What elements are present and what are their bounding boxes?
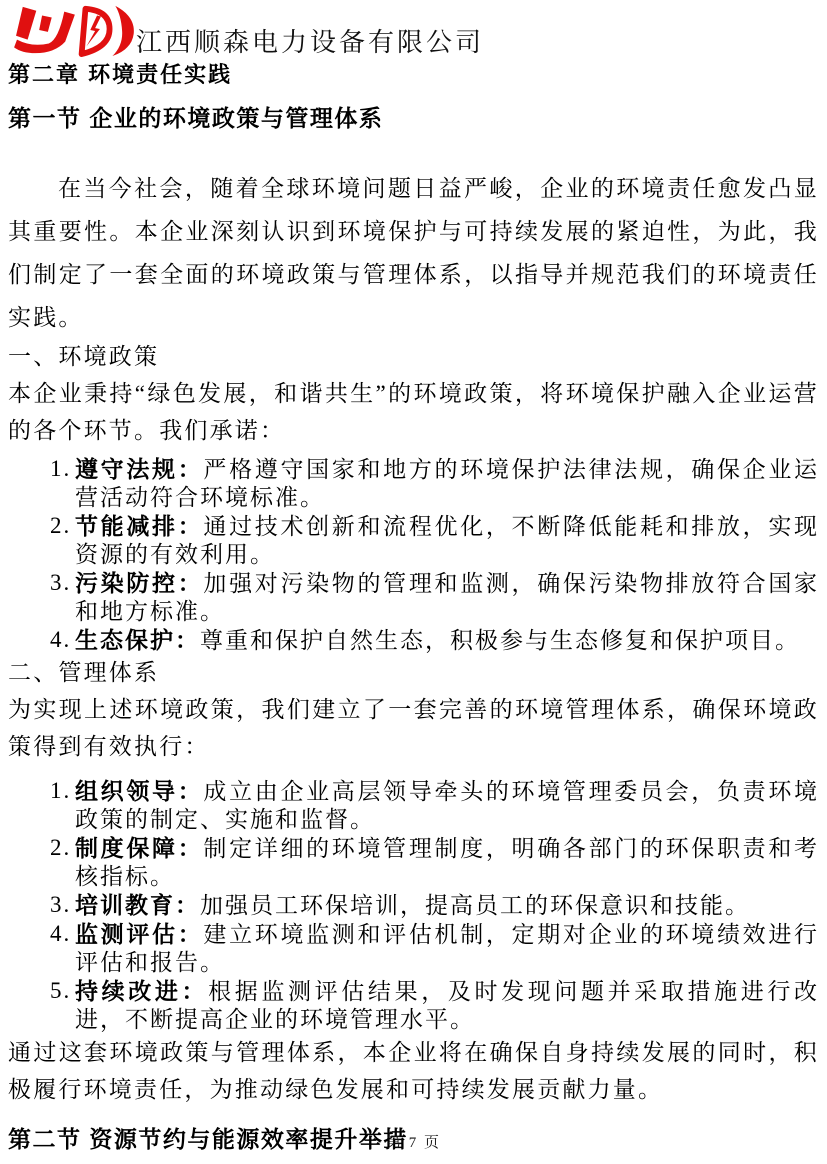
list-item-number: 2. xyxy=(50,512,71,540)
management-heading: 二、管理体系 xyxy=(8,655,819,691)
list-item-term: 生态保护： xyxy=(75,627,200,653)
policy-list-item: 3.污染防控：加强对污染物的管理和监测，确保污染物排放符合国家和地方标准。 xyxy=(8,569,819,626)
document-header: 江西顺森电力设备有限公司 xyxy=(8,2,819,57)
list-item-desc: 尊重和保护自然生态，积极参与生态修复和保护项目。 xyxy=(200,628,800,653)
page-number: 第 7 页 xyxy=(386,1135,441,1151)
list-item-term: 制度保障： xyxy=(75,835,203,861)
list-item-number: 5. xyxy=(50,977,71,1005)
policy-list-item: 1.遵守法规：严格遵守国家和地方的环境保护法律法规，确保企业运营活动符合环境标准… xyxy=(8,455,819,512)
policy-intro: 本企业秉持“绿色发展，和谐共生”的环境政策，将环境保护融入企业运营的各个环节。我… xyxy=(8,375,819,449)
list-item-term: 节能减排： xyxy=(75,513,203,539)
list-item-number: 1. xyxy=(50,455,71,483)
list-item-number: 1. xyxy=(50,777,71,805)
list-item-term: 监测评估： xyxy=(75,921,203,947)
policy-list: 1.遵守法规：严格遵守国家和地方的环境保护法律法规，确保企业运营活动符合环境标准… xyxy=(8,455,819,655)
document-page: 江西顺森电力设备有限公司 第二章 环境责任实践 第一节 企业的环境政策与管理体系… xyxy=(0,0,827,1164)
policy-heading: 一、环境政策 xyxy=(8,339,819,375)
management-list-item: 5.持续改进：根据监测评估结果，及时发现问题并采取措施进行改进，不断提高企业的环… xyxy=(8,977,819,1034)
list-item-number: 2. xyxy=(50,834,71,862)
section1-title: 第一节 企业的环境政策与管理体系 xyxy=(8,103,819,133)
closing-paragraph: 通过这套环境政策与管理体系，本企业将在确保自身持续发展的同时，积极履行环境责任，… xyxy=(8,1034,819,1108)
list-item-number: 4. xyxy=(50,920,71,948)
list-item-term: 污染防控： xyxy=(75,570,203,596)
list-item-desc: 加强员工环保培训，提高员工的环保意识和技能。 xyxy=(200,893,750,918)
management-intro: 为实现上述环境政策，我们建立了一套完善的环境管理体系，确保环境政策得到有效执行： xyxy=(8,691,819,765)
management-list: 1.组织领导：成立由企业高层领导牵头的环境管理委员会，负责环境政策的制定、实施和… xyxy=(8,777,819,1034)
list-item-term: 持续改进： xyxy=(75,978,208,1004)
policy-list-item: 2.节能减排：通过技术创新和流程优化，不断降低能耗和排放，实现资源的有效利用。 xyxy=(8,512,819,569)
list-item-term: 组织领导： xyxy=(75,778,203,804)
lydc-logo-icon xyxy=(8,3,134,57)
intro-paragraph: 在当今社会，随着全球环境问题日益严峻，企业的环境责任愈发凸显其重要性。本企业深刻… xyxy=(8,167,819,339)
list-item-term: 遵守法规： xyxy=(75,456,203,482)
policy-list-item: 4.生态保护：尊重和保护自然生态，积极参与生态修复和保护项目。 xyxy=(8,626,819,655)
management-list-item: 1.组织领导：成立由企业高层领导牵头的环境管理委员会，负责环境政策的制定、实施和… xyxy=(8,777,819,834)
management-list-item: 2.制度保障：制定详细的环境管理制度，明确各部门的环保职责和考核指标。 xyxy=(8,834,819,891)
company-name: 江西顺森电力设备有限公司 xyxy=(136,30,484,56)
list-item-term: 培训教育： xyxy=(75,892,200,918)
list-item-number: 3. xyxy=(50,891,71,919)
page-footer: 第 7 页 xyxy=(0,1131,827,1152)
list-item-number: 4. xyxy=(50,626,71,654)
company-logo xyxy=(8,3,134,57)
chapter-title: 第二章 环境责任实践 xyxy=(8,61,819,88)
management-list-item: 3.培训教育：加强员工环保培训，提高员工的环保意识和技能。 xyxy=(8,891,819,920)
list-item-number: 3. xyxy=(50,569,71,597)
management-list-item: 4.监测评估：建立环境监测和评估机制，定期对企业的环境绩效进行评估和报告。 xyxy=(8,920,819,977)
